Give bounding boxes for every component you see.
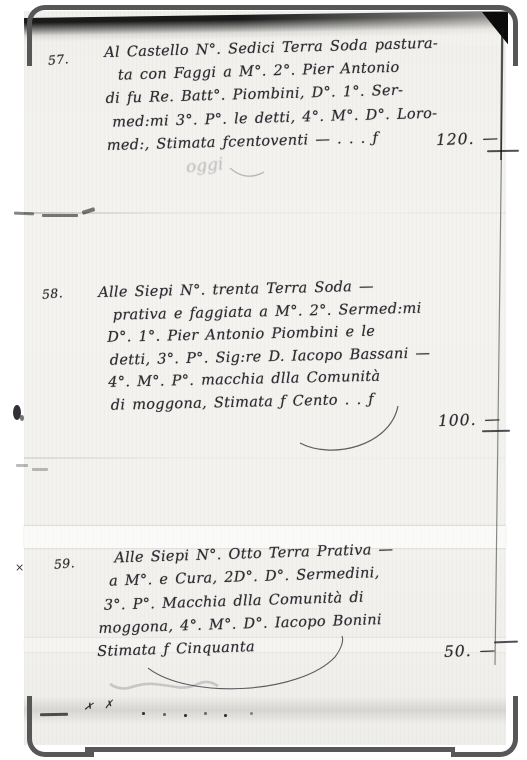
ink-smudge <box>14 212 34 215</box>
paper-bottom-shadow <box>24 696 506 724</box>
ink-smudge <box>32 468 48 471</box>
ink-dot <box>142 712 145 715</box>
entry-text-block: Al Castello N°. Sedici Terra Soda pastur… <box>104 33 437 158</box>
scanned-manuscript-page: 57. Al Castello N°. Sedici Terra Soda pa… <box>0 0 527 760</box>
ink-dot <box>204 712 207 715</box>
entry-text-block: Alle Siepi N°. Otto Terra Prativa — a M°… <box>96 538 429 665</box>
scan-frame-corner-br <box>451 696 518 757</box>
ink-smudge <box>16 464 28 467</box>
scan-frame-top-bar <box>85 5 455 10</box>
amount-trailing-dash <box>494 641 518 644</box>
ink-dot <box>224 714 227 717</box>
ink-mark: ✗ <box>103 698 114 712</box>
amount-value: 50. — <box>444 641 497 661</box>
ink-smudge <box>42 214 78 217</box>
amount-value: 120. — <box>436 129 500 149</box>
entry-number: 59. <box>53 555 75 572</box>
faint-scribble: oggi <box>185 154 224 177</box>
ink-dot <box>163 713 166 716</box>
amount-value: 100. — <box>438 410 502 430</box>
ink-dot <box>250 712 253 715</box>
amount-trailing-dash <box>487 150 519 153</box>
paper-crease <box>24 457 506 459</box>
scan-frame-corner-bl <box>27 696 94 757</box>
scan-frame-corner-tl <box>27 5 94 66</box>
entry-number: 58. <box>41 285 63 302</box>
paper-crease <box>24 212 506 214</box>
ink-dot <box>184 714 187 717</box>
scan-frame-corner-tr <box>451 5 518 66</box>
scan-frame-bottom-bar <box>85 747 455 752</box>
entry-text-block: Alle Siepi N°. trenta Terra Soda — prati… <box>98 275 431 417</box>
margin-check-mark: × <box>15 561 24 574</box>
ink-blot <box>20 415 24 421</box>
